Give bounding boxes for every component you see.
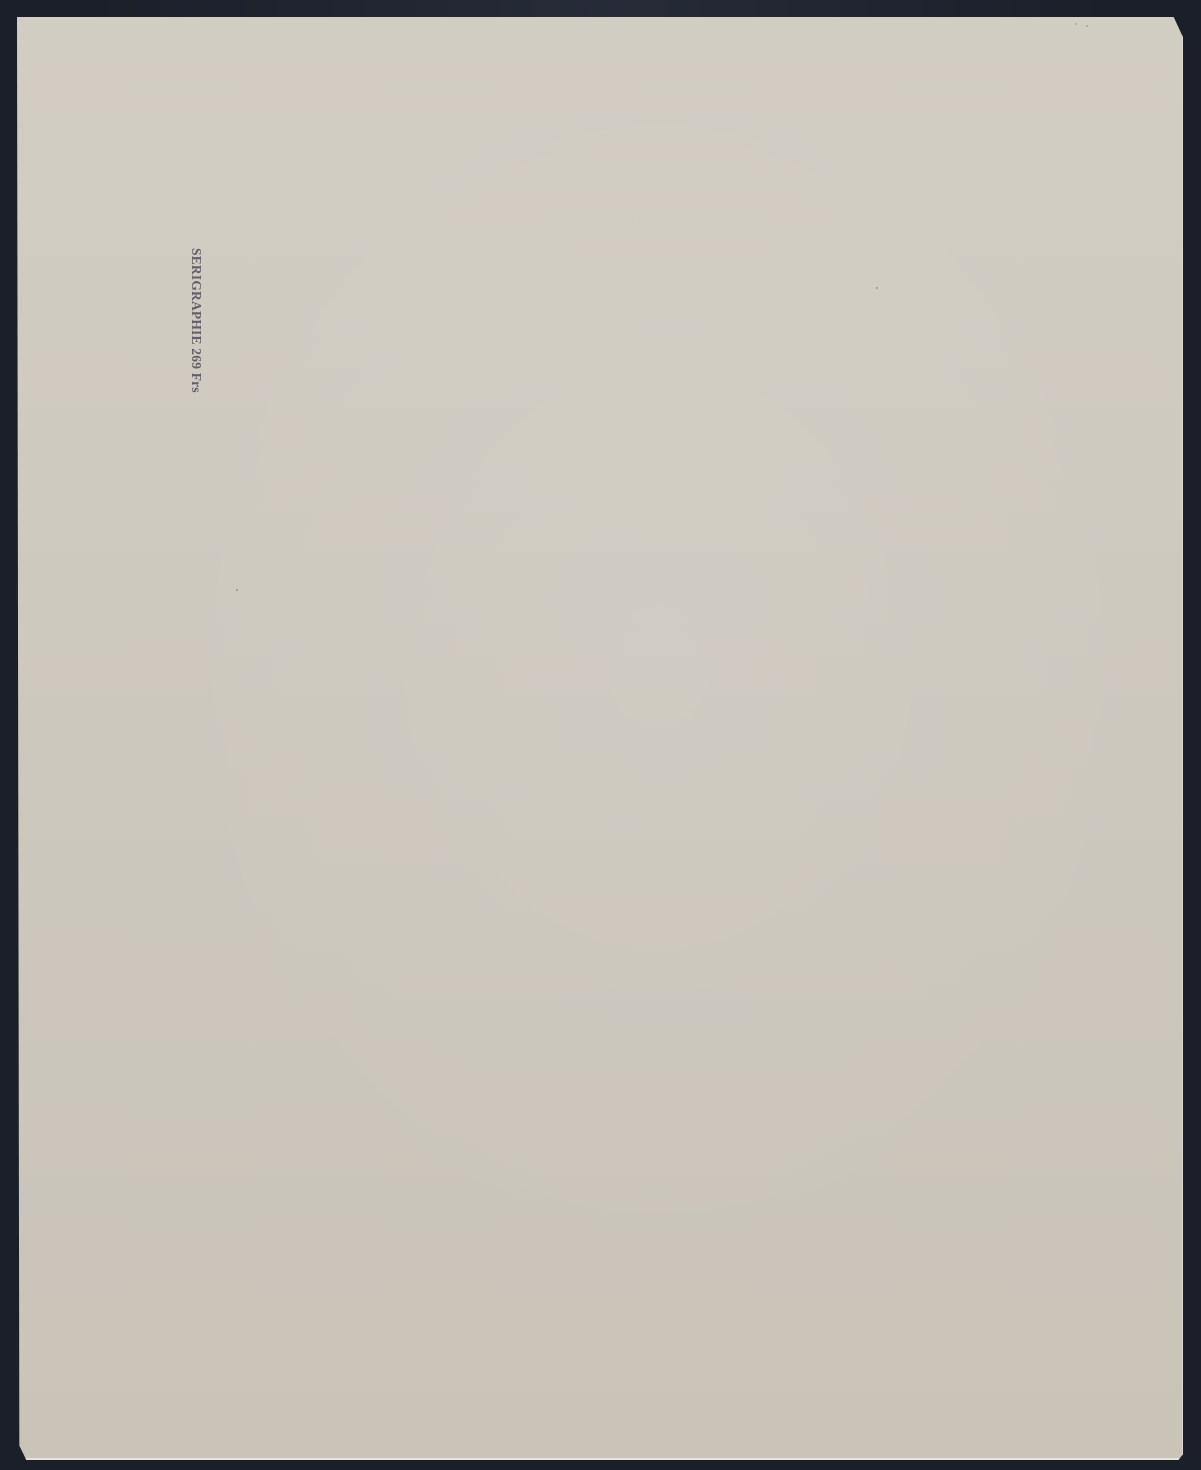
serigraphie-price-stamp: SERIGRAPHIE 269 Frs bbox=[188, 248, 204, 393]
paper-speck bbox=[236, 589, 238, 591]
paper-sheet bbox=[17, 17, 1183, 1460]
paper-edge bbox=[17, 17, 1183, 1460]
paper-speck bbox=[1075, 23, 1077, 25]
paper-speck bbox=[876, 287, 878, 289]
paper-speck bbox=[1086, 25, 1088, 27]
